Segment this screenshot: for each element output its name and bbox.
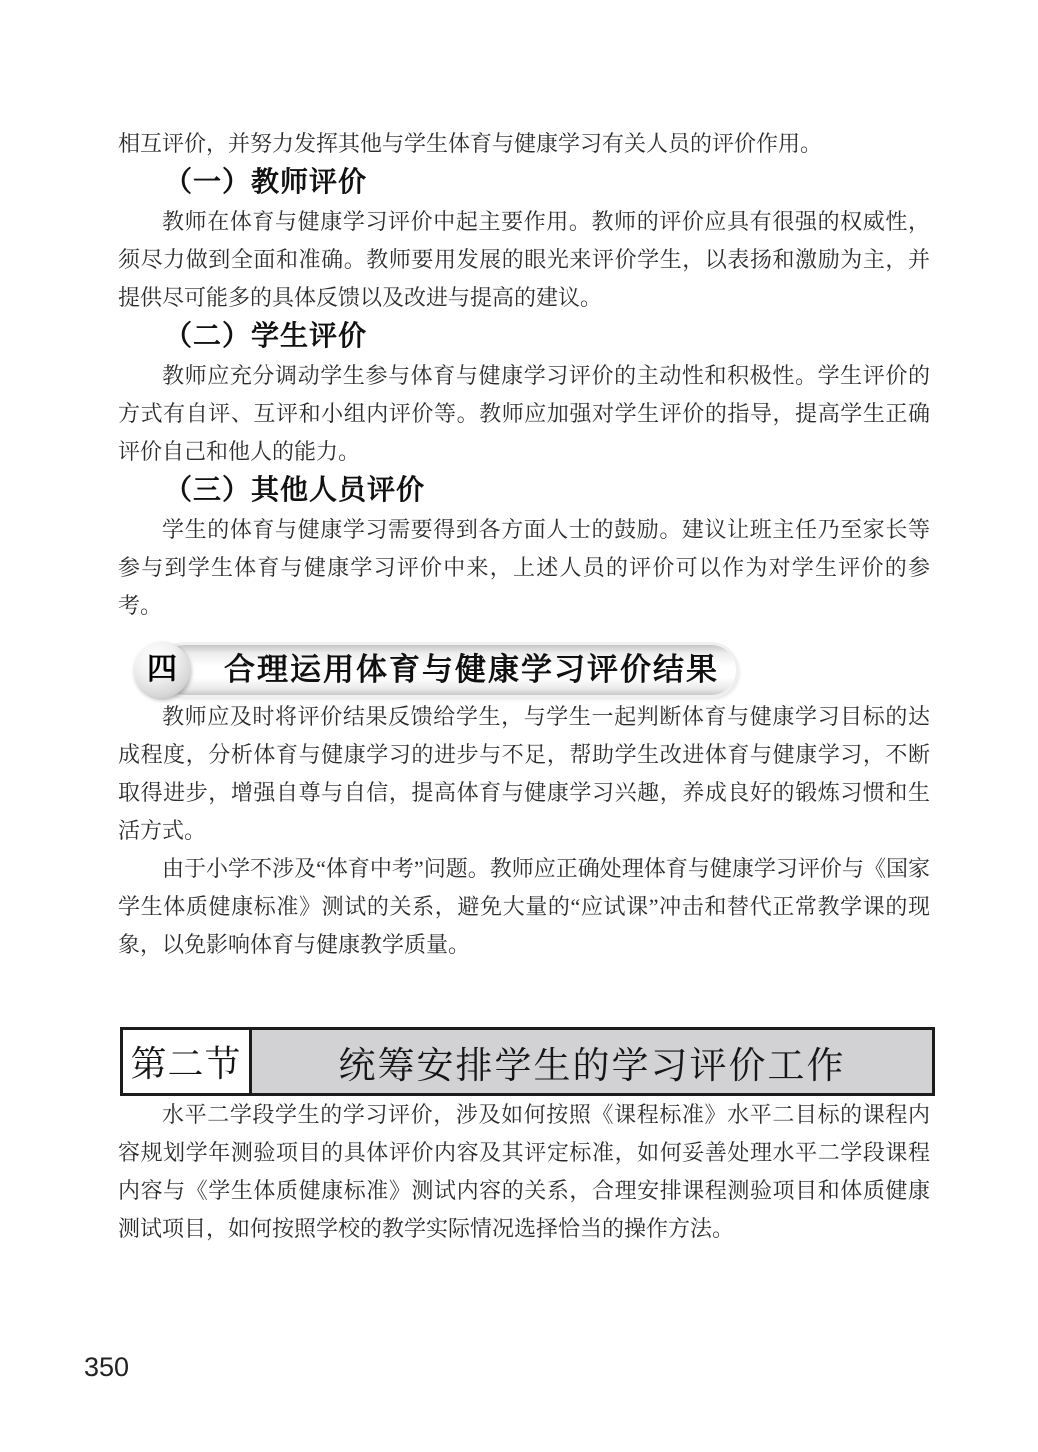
part-paragraph: 由于小学不涉及“体育中考”问题。教师应正确处理体育与健康学习评价与《国家学生体质…	[118, 850, 930, 964]
part-paragraph: 教师应及时将评价结果反馈给学生，与学生一起判断体育与健康学习目标的达成程度，分析…	[118, 698, 930, 850]
subsection-heading-teacher-evaluation: （一）教师评价	[164, 163, 930, 203]
subsection-paragraph: 学生的体育与健康学习需要得到各方面人士的鼓励。建议让班主任乃至家长等参与到学生体…	[118, 511, 930, 625]
part-heading-title: 合理运用体育与健康学习评价结果	[160, 645, 736, 695]
subsection-paragraph: 教师在体育与健康学习评价中起主要作用。教师的评价应具有很强的权威性，须尽力做到全…	[118, 203, 930, 317]
book-page: 相互评价，并努力发挥其他与学生体育与健康学习有关人员的评价作用。 （一）教师评价…	[0, 0, 1038, 1452]
part-heading-banner: 合理运用体育与健康学习评价结果 四	[134, 642, 774, 698]
section-intro-paragraph: 水平二学段学生的学习评价，涉及如何按照《课程标准》水平二目标的课程内容规划学年测…	[118, 1096, 930, 1248]
continuation-paragraph: 相互评价，并努力发挥其他与学生体育与健康学习有关人员的评价作用。	[118, 125, 930, 163]
subsection-paragraph: 教师应充分调动学生参与体育与健康学习评价的主动性和积极性。学生评价的方式有自评、…	[118, 357, 930, 471]
subsection-heading-student-evaluation: （二）学生评价	[164, 317, 930, 357]
page-number: 350	[84, 1352, 129, 1383]
part-number-badge: 四	[134, 642, 190, 698]
subsection-heading-other-personnel-evaluation: （三）其他人员评价	[164, 471, 930, 511]
banner-pill: 合理运用体育与健康学习评价结果	[160, 645, 736, 695]
section-header: 第二节 统筹安排学生的学习评价工作	[120, 1027, 935, 1096]
section-number-label: 第二节	[120, 1027, 252, 1096]
section-title: 统筹安排学生的学习评价工作	[252, 1027, 935, 1096]
part-number: 四	[147, 655, 177, 685]
